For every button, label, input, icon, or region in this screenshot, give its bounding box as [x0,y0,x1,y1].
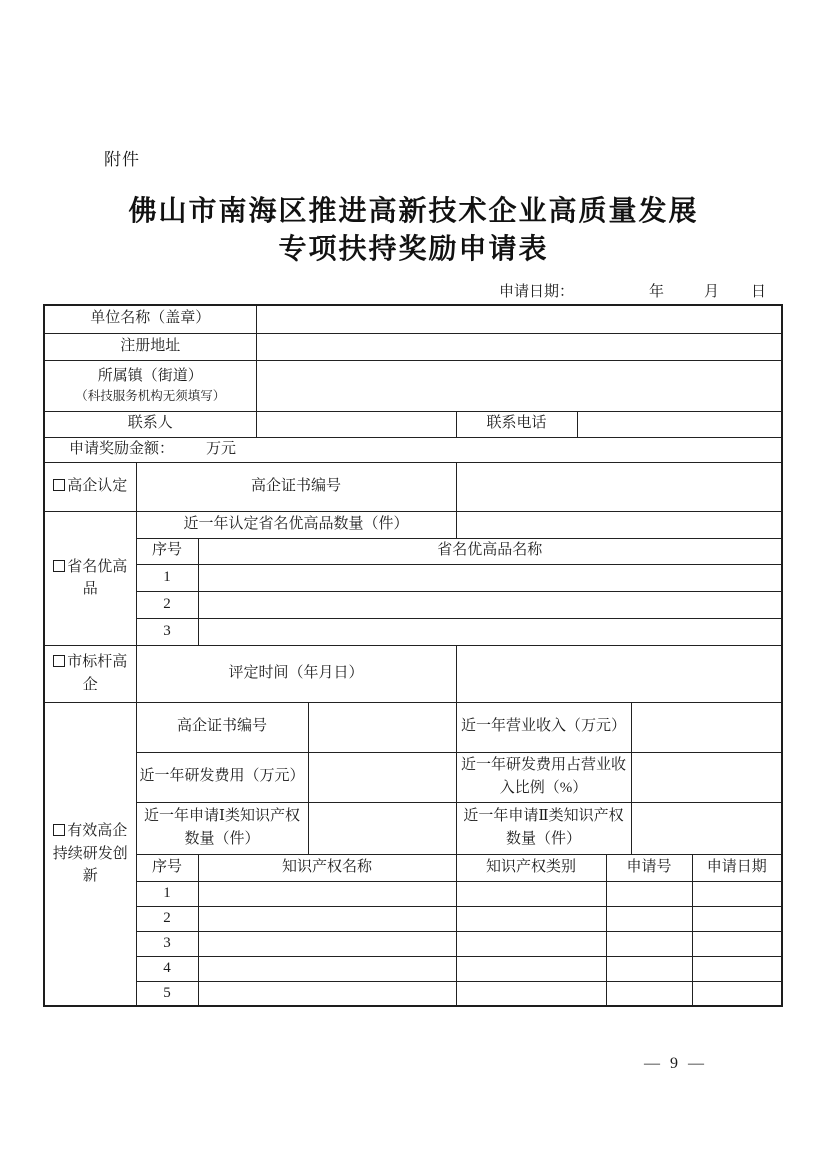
mingyou-name-header: 省名优高品名称 [198,538,782,564]
youxiao-cert-no-input-cell [308,702,456,752]
biaogan-section-row: 市标杆高企 评定时间（年月日） [44,645,782,702]
mingyou-name-input-2 [198,591,782,618]
ip-seq-1: 1 [136,881,198,906]
youxiao-rd-cost-label: 近一年研发费用（万元） [136,752,308,802]
ip-app-no-input-4 [606,956,692,981]
mingyou-header-row: 序号 省名优高品名称 [44,538,782,564]
youxiao-checkbox-icon [53,824,65,836]
youxiao-rd-ratio-input-cell [631,752,782,802]
gaoqi-label: 高企认定 [67,478,127,494]
gaoqi-section-row: 高企认定 高企证书编号 [44,462,782,511]
biaogan-checkbox-cell: 市标杆高企 [44,645,136,702]
youxiao-rd-row: 近一年研发费用（万元） 近一年研发费用占营业收入比例（%） [44,752,782,802]
ip-app-no-input-5 [606,981,692,1006]
mingyou-name-input-1 [198,564,782,591]
youxiao-ip-count-row: 近一年申请Ⅰ类知识产权数量（件） 近一年申请Ⅱ类知识产权数量（件） [44,802,782,854]
youxiao-checkbox-cell: 有效高企持续研发创新 [44,702,136,1006]
document-title-line1: 佛山市南海区推进高新技术企业高质量发展 [0,189,827,229]
ip-app-date-input-4 [692,956,782,981]
gaoqi-cert-no-label: 高企证书编号 [136,462,456,511]
application-form-table: 单位名称（盖章） 注册地址 所属镇（街道） （科技服务机构无须填写） 联系人 联… [43,304,783,1007]
ip-category-input-1 [456,881,606,906]
contact-row: 联系人 联系电话 [44,411,782,437]
biaogan-time-input-cell [456,645,782,702]
youxiao-ip-class1-label: 近一年申请Ⅰ类知识产权数量（件） [136,802,308,854]
ip-table-header-row: 序号 知识产权名称 知识产权类别 申请号 申请日期 [44,854,782,881]
town-label: 所属镇（街道） [48,366,253,388]
ip-name-input-4 [198,956,456,981]
mingyou-count-row: 省名优高品 近一年认定省名优高品数量（件） [44,511,782,538]
document-page: 附件 佛山市南海区推进高新技术企业高质量发展 专项扶持奖励申请表 申请日期： 年… [0,0,827,1170]
ip-row-2: 2 [44,906,782,931]
date-month-label: 月 [704,280,719,301]
ip-category-input-4 [456,956,606,981]
gaoqi-checkbox-icon [53,479,65,491]
youxiao-ip-class2-label: 近一年申请Ⅱ类知识产权数量（件） [456,802,631,854]
contact-label: 联系人 [44,411,256,437]
ip-name-header: 知识产权名称 [198,854,456,881]
ip-app-no-header: 申请号 [606,854,692,881]
mingyou-name-input-3 [198,618,782,645]
ip-seq-2: 2 [136,906,198,931]
mingyou-seq-3: 3 [136,618,198,645]
ip-app-date-input-5 [692,981,782,1006]
ip-name-input-1 [198,881,456,906]
youxiao-revenue-label: 近一年营业收入（万元） [456,702,631,752]
youxiao-rd-cost-input-cell [308,752,456,802]
town-row: 所属镇（街道） （科技服务机构无须填写） [44,360,782,411]
youxiao-revenue-input-cell [631,702,782,752]
biaogan-checkbox-icon [53,655,65,667]
attachment-label: 附件 [104,145,140,170]
ip-seq-5: 5 [136,981,198,1006]
mingyou-seq-header: 序号 [136,538,198,564]
youxiao-ip-class2-input-cell [631,802,782,854]
ip-seq-4: 4 [136,956,198,981]
youxiao-rd-ratio-label: 近一年研发费用占营业收入比例（%） [456,752,631,802]
reward-amount-cell: 申请奖励金额：万元 [44,437,782,462]
ip-seq-header: 序号 [136,854,198,881]
ip-app-no-input-3 [606,931,692,956]
mingyou-count-label: 近一年认定省名优高品数量（件） [136,511,456,538]
reward-amount-row: 申请奖励金额：万元 [44,437,782,462]
document-title-line2: 专项扶持奖励申请表 [0,227,827,267]
mingyou-checkbox-icon [53,560,65,572]
ip-app-no-input-1 [606,881,692,906]
date-day-label: 日 [751,280,766,301]
reg-address-input-cell [256,333,782,360]
application-date-line: 申请日期： 年 月 日 [0,280,827,300]
ip-category-input-3 [456,931,606,956]
mingyou-count-input-cell [456,511,782,538]
ip-app-date-input-1 [692,881,782,906]
ip-name-input-3 [198,931,456,956]
town-note: （科技服务机构无须填写） [48,387,253,405]
youxiao-cert-no-label: 高企证书编号 [136,702,308,752]
contact-input-cell [256,411,456,437]
ip-seq-3: 3 [136,931,198,956]
reg-address-label: 注册地址 [44,333,256,360]
reward-amount-unit: 万元 [206,441,236,457]
reward-amount-label: 申请奖励金额： [69,441,174,457]
youxiao-ip-class1-input-cell [308,802,456,854]
ip-app-date-input-3 [692,931,782,956]
biaogan-time-label: 评定时间（年月日） [136,645,456,702]
application-date-label: 申请日期： [499,280,574,301]
unit-name-row: 单位名称（盖章） [44,305,782,333]
mingyou-seq-2: 2 [136,591,198,618]
ip-name-input-2 [198,906,456,931]
mingyou-seq-1: 1 [136,564,198,591]
mingyou-label: 省名优高品 [67,559,127,598]
ip-row-5: 5 [44,981,782,1006]
phone-label: 联系电话 [456,411,577,437]
gaoqi-checkbox-cell: 高企认定 [44,462,136,511]
ip-category-header: 知识产权类别 [456,854,606,881]
mingyou-row-2: 2 [44,591,782,618]
biaogan-label: 市标杆高企 [67,654,127,693]
ip-row-1: 1 [44,881,782,906]
ip-category-input-5 [456,981,606,1006]
ip-app-date-header: 申请日期 [692,854,782,881]
ip-app-no-input-2 [606,906,692,931]
gaoqi-cert-no-input-cell [456,462,782,511]
unit-name-input-cell [256,305,782,333]
reg-address-row: 注册地址 [44,333,782,360]
ip-row-4: 4 [44,956,782,981]
town-label-cell: 所属镇（街道） （科技服务机构无须填写） [44,360,256,411]
town-input-cell [256,360,782,411]
ip-app-date-input-2 [692,906,782,931]
unit-name-label: 单位名称（盖章） [44,305,256,333]
youxiao-cert-row: 有效高企持续研发创新 高企证书编号 近一年营业收入（万元） [44,702,782,752]
ip-name-input-5 [198,981,456,1006]
ip-category-input-2 [456,906,606,931]
mingyou-checkbox-cell: 省名优高品 [44,511,136,645]
ip-row-3: 3 [44,931,782,956]
mingyou-row-3: 3 [44,618,782,645]
mingyou-row-1: 1 [44,564,782,591]
date-year-label: 年 [649,280,664,301]
phone-input-cell [577,411,782,437]
